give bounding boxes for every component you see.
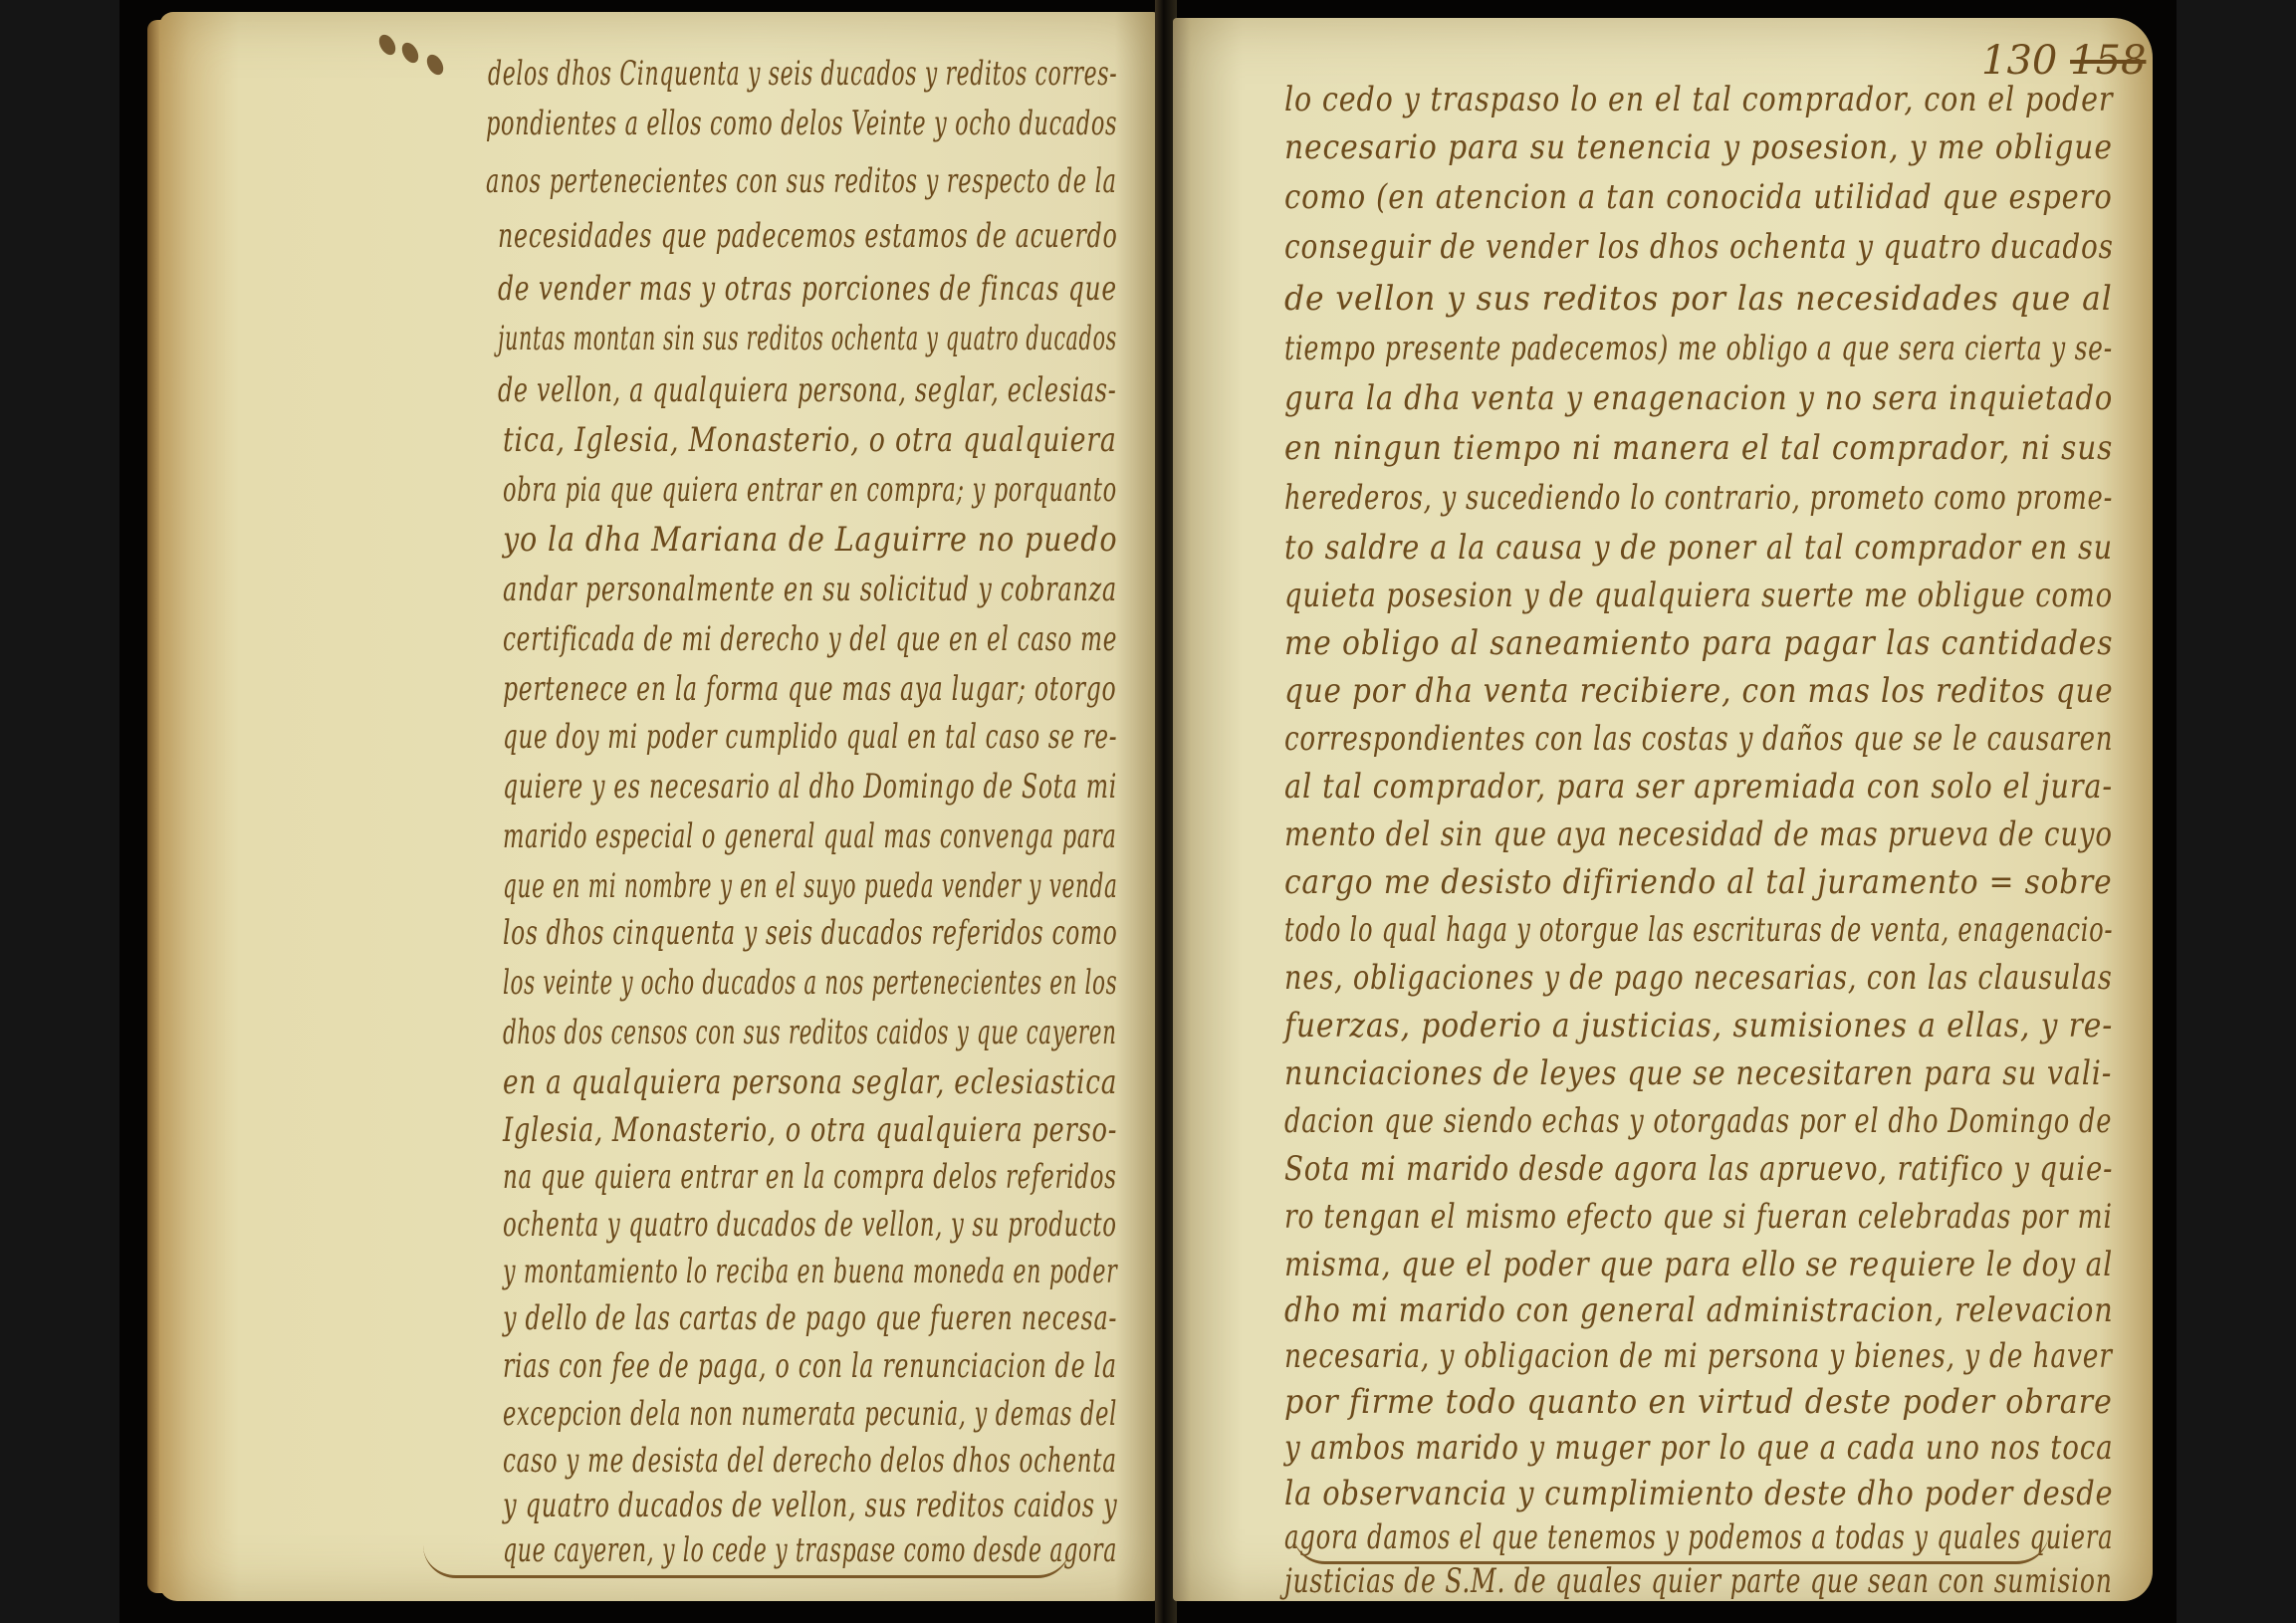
right-page-text: lo cedo y traspaso lo en el tal comprado… [1173, 18, 2153, 1601]
closing-flourish [1292, 1531, 2049, 1564]
manuscript-line: y dello de las cartas de pago que fueren… [503, 1298, 1117, 1338]
manuscript-line: fuerzas, poderio a justicias, sumisiones… [1284, 1006, 2113, 1045]
manuscript-line: que doy mi poder cumplido qual en tal ca… [503, 717, 1117, 757]
manuscript-line: Iglesia, Monasterio, o otra qualquiera p… [503, 1110, 1117, 1150]
manuscript-line: dhos dos censos con sus reditos caidos y… [503, 1013, 1117, 1052]
manuscript-line: que en mi nombre y en el suyo pueda vend… [503, 866, 1118, 906]
screen-border-left [0, 0, 119, 1623]
manuscript-line: necesaria, y obligacion de mi persona y … [1284, 1336, 2113, 1376]
manuscript-line: de vender mas y otras porciones de finca… [498, 269, 1117, 309]
manuscript-line: en ningun tiempo ni manera el tal compra… [1284, 428, 2113, 468]
manuscript-line: pertenece en la forma que mas aya lugar;… [503, 669, 1116, 709]
manuscript-line: la observancia y cumplimiento deste dho … [1284, 1474, 2114, 1513]
manuscript-line: nunciaciones de leyes que se necesitaren… [1284, 1053, 2112, 1093]
manuscript-line: ro tengan el mismo efecto que si fueran … [1284, 1197, 2113, 1237]
manuscript-line: quieta posesion y de qualquiera suerte m… [1284, 576, 2113, 615]
screen-border-right [2177, 0, 2296, 1623]
manuscript-line: gura la dha venta y enagenacion y no ser… [1284, 378, 2113, 418]
manuscript-line: que por dha venta recibiere, con mas los… [1284, 671, 2114, 711]
closing-flourish [423, 1545, 1070, 1578]
manuscript-line: quiere y es necesario al dho Domingo de … [503, 767, 1117, 807]
manuscript-line: andar personalmente en su solicitud y co… [503, 570, 1117, 609]
manuscript-line: necesidades que padecemos estamos de acu… [498, 216, 1118, 256]
manuscript-line: me obligo al saneamiento para pagar las … [1284, 623, 2113, 663]
manuscript-line: de vellon y sus reditos por las necesida… [1284, 279, 2113, 319]
manuscript-line: yo la dha Mariana de Laguirre no puedo [503, 520, 1117, 560]
manuscript-line: Sota mi marido desde agora las apruevo, … [1284, 1149, 2113, 1189]
manuscript-line: certificada de mi derecho y del que en e… [503, 619, 1117, 659]
manuscript-line: dho mi marido con general administracion… [1284, 1290, 2114, 1330]
manuscript-line: juntas montan sin sus reditos ochenta y … [498, 319, 1117, 358]
manuscript-line: y quatro ducados de vellon, sus reditos … [503, 1486, 1117, 1525]
manuscript-line: lo cedo y traspaso lo en el tal comprado… [1284, 80, 2113, 119]
folio-current: 130 [1981, 38, 2057, 84]
folio-crossed-out: 158 [2070, 38, 2146, 84]
manuscript-line: y montamiento lo reciba en buena moneda … [503, 1252, 1117, 1291]
manuscript-line: herederos, y sucediendo lo contrario, pr… [1284, 478, 2113, 518]
manuscript-line: caso y me desista del derecho delos dhos… [503, 1441, 1117, 1481]
manuscript-line: to saldre a la causa y de poner al tal c… [1284, 528, 2113, 568]
manuscript-line: como (en atencion a tan conocida utilida… [1284, 177, 2113, 217]
manuscript-line: tica, Iglesia, Monasterio, o otra qualqu… [503, 420, 1117, 460]
manuscript-line: por firme todo quanto en virtud deste po… [1284, 1382, 2113, 1422]
manuscript-line: cargo me desisto difiriendo al tal juram… [1284, 862, 2113, 902]
right-page: lo cedo y traspaso lo en el tal comprado… [1173, 18, 2153, 1601]
manuscript-line: marido especial o general qual mas conve… [503, 816, 1117, 856]
manuscript-line: excepcion dela non numerata pecunia, y d… [503, 1394, 1117, 1434]
manuscript-line: anos pertenecientes con sus reditos y re… [486, 161, 1117, 201]
manuscript-line: necesario para su tenencia y posesion, y… [1284, 127, 2113, 167]
manuscript-line: obra pia que quiera entrar en compra; y … [503, 470, 1117, 510]
manuscript-line: tiempo presente padecemos) me obligo a q… [1284, 329, 2113, 368]
manuscript-line: justicias de S.M. de quales quier parte … [1284, 1561, 2113, 1601]
manuscript-line: delos dhos Cinquenta y seis ducados y re… [488, 54, 1117, 94]
manuscript-line: dacion que siendo echas y otorgadas por … [1284, 1101, 2112, 1141]
manuscript-line: los veinte y ocho ducados a nos pertenec… [503, 963, 1117, 1003]
manuscript-line: de vellon, a qualquiera persona, seglar,… [498, 370, 1116, 410]
manuscript-line: al tal comprador, para ser apremiada con… [1284, 767, 2113, 807]
left-page-text: delos dhos Cinquenta y seis ducados y re… [159, 12, 1157, 1601]
manuscript-line: correspondientes con las costas y daños … [1284, 719, 2113, 759]
manuscript-line: los dhos cinquenta y seis ducados referi… [503, 913, 1117, 953]
manuscript-line: pondientes a ellos como delos Veinte y o… [486, 104, 1117, 143]
manuscript-line: en a qualquiera persona seglar, eclesias… [503, 1062, 1117, 1102]
manuscript-line: todo lo qual haga y otorgue las escritur… [1284, 910, 2113, 950]
folio-number: 130 158 [1981, 38, 2146, 84]
manuscript-line: y ambos marido y muger por lo que a cada… [1284, 1428, 2113, 1468]
manuscript-line: conseguir de vender los dhos ochenta y q… [1284, 227, 2114, 267]
manuscript-line: rias con fee de paga, o con la renunciac… [503, 1346, 1117, 1386]
manuscript-line: na que quiera entrar en la compra delos … [503, 1157, 1117, 1197]
manuscript-line: misma, que el poder que para ello se req… [1284, 1245, 2113, 1284]
manuscript-line: ochenta y quatro ducados de vellon, y su… [503, 1205, 1117, 1245]
left-page: delos dhos Cinquenta y seis ducados y re… [159, 12, 1157, 1601]
manuscript-line: mento del sin que aya necesidad de mas p… [1284, 814, 2113, 854]
manuscript-line: nes, obligaciones y de pago necesarias, … [1284, 958, 2113, 998]
